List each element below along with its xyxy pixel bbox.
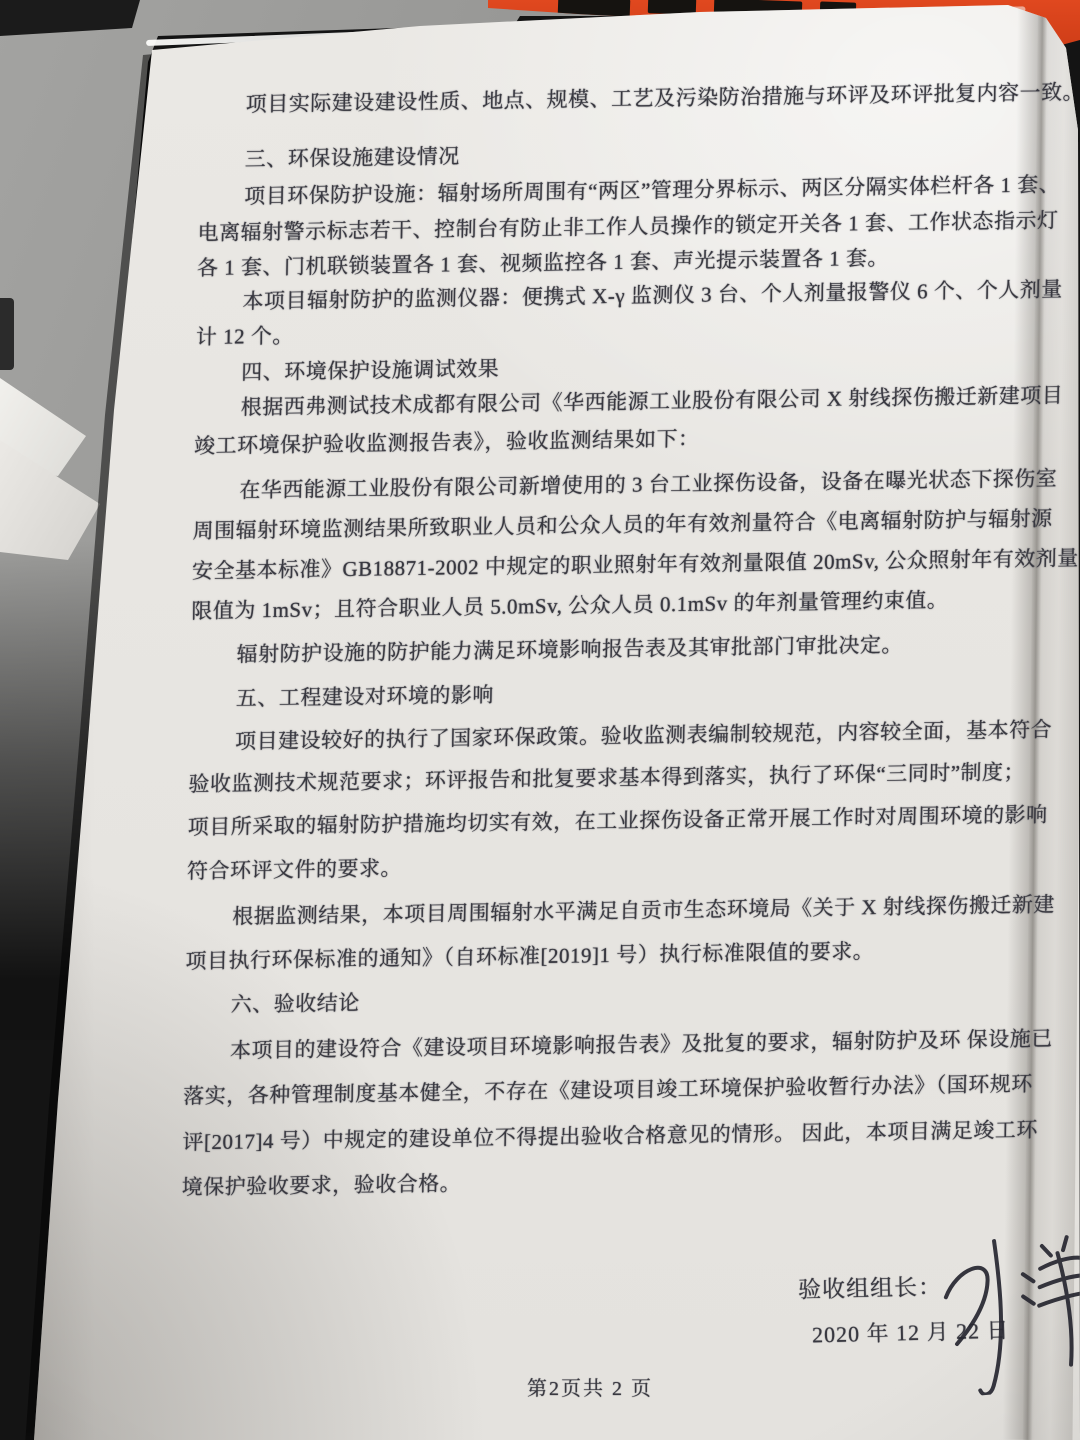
document-line: 限值为 1mSv；且符合职业人员 5.0mSv, 公众人员 0.1mSv 的年剂… (191, 582, 1043, 629)
document-line: 安全基本标准》GB18871-2002 中规定的职业照射年有效剂量限值 20mS… (192, 542, 1044, 589)
signature-stroke (1038, 1291, 1080, 1306)
section-heading: 五、工程建设对环境的影响 (190, 670, 1042, 717)
document-line: 评[2017]4 号）中规定的建设单位不得提出验收合格意见的情形。 因此，本项目… (182, 1113, 1034, 1160)
document-line: 项目实际建设建设性质、地点、规模、工艺及污染防治措施与环评及环评批复内容一致。 (199, 75, 1051, 122)
document-line: 项目建设较好的执行了国家环保政策。验收监测表编制较规范，内容较全面，基本符合 (189, 713, 1041, 760)
desk-gap-sliver (0, 298, 14, 370)
document-line: 竣工环境保护验收监测报告表》，验收监测结果如下： (194, 416, 1046, 463)
document-line: 境保护验收要求，验收合格。 (181, 1158, 1033, 1205)
document-line: 辐射防护设施的防护能力满足环境影响报告表及其审批部门审批决定。 (190, 626, 1042, 673)
signature-stroke (1039, 1274, 1080, 1287)
document-line: 落实，各种管理制度基本健全，不存在《建设项目竣工环境保护验收暂行办法》（国环规环 (183, 1067, 1035, 1114)
document-paper: 项目实际建设建设性质、地点、规模、工艺及污染防治措施与环评及环评批复内容一致。三… (0, 0, 1080, 1440)
document-line: 项目所采取的辐射防护措施均切实有效，在工业探伤设备正常开展工作时对周围环境的影响 (187, 798, 1039, 845)
document-text: 项目实际建设建设性质、地点、规模、工艺及污染防治措施与环评及环评批复内容一致。三… (181, 75, 1051, 1204)
signature-stroke (941, 1266, 998, 1344)
section-heading: 六、验收结论 (185, 976, 1037, 1023)
signature-stroke (953, 1241, 1023, 1395)
document-line: 本项目的建设符合《建设项目环境影响报告表》及批复的要求，辐射防护及环 保设施已 (184, 1022, 1036, 1069)
signature-stroke (1050, 1253, 1080, 1365)
signature-stroke (1042, 1245, 1051, 1257)
signature-stroke (1061, 1237, 1069, 1250)
document-line: 验收监测技术规范要求；环评报告和批复要求基本得到落实，执行了环保“三同时”制度； (188, 755, 1040, 802)
signature-stroke (1023, 1272, 1034, 1283)
document-line: 根据监测结果，本项目周围辐射水平满足自贡市生态环境局《关于 X 射线探伤搬迁新建 (186, 888, 1038, 935)
document-line: 项目执行环保标准的通知》（自环标准[2019]1 号）执行标准限值的要求。 (185, 932, 1037, 979)
signature-stroke (1023, 1295, 1034, 1306)
document-line: 符合环评文件的要求。 (187, 842, 1039, 889)
document-line: 周围辐射环境监测结果所致职业人员和公众人员的年有效剂量符合《电离辐射防护与辐射源 (192, 502, 1044, 549)
photo-of-document: 项目实际建设建设性质、地点、规模、工艺及污染防治措施与环评及环评批复内容一致。三… (0, 0, 1080, 1440)
document-line: 在华西能源工业股份有限公司新增使用的 3 台工业探伤设备，设备在曝光状态下探伤室 (193, 461, 1045, 508)
handwritten-signature (915, 1224, 1080, 1400)
